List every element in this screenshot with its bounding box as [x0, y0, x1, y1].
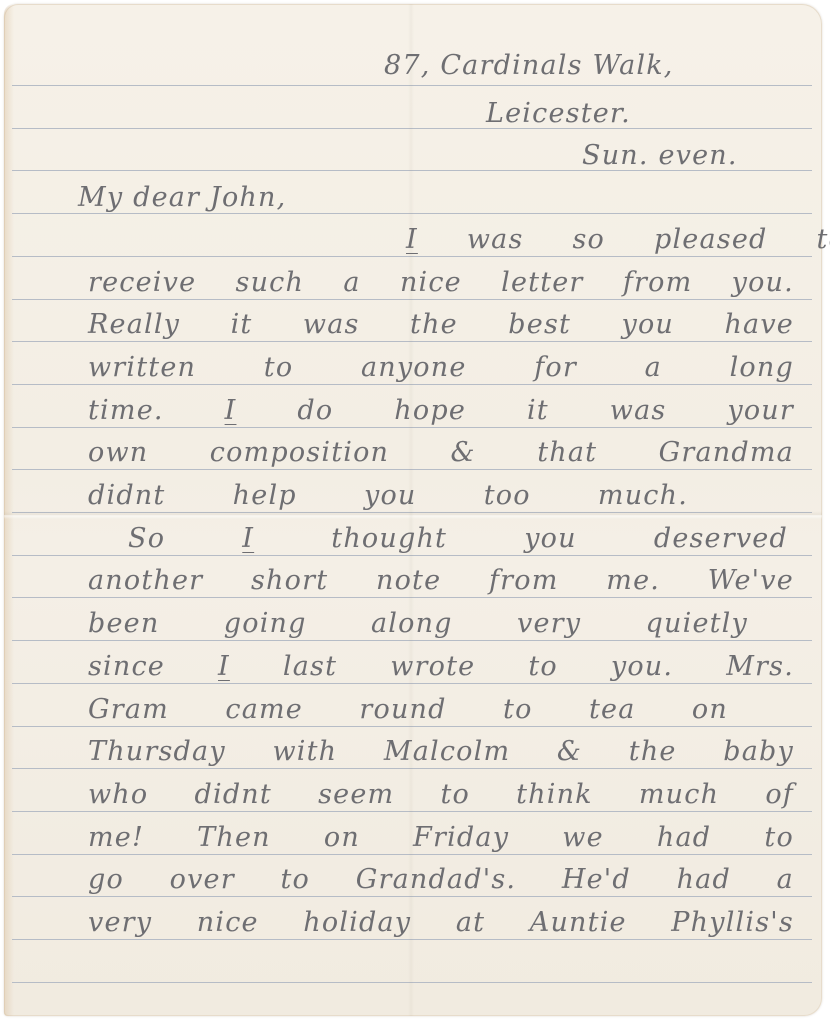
word: He'd [562, 866, 631, 893]
word: along [371, 610, 453, 637]
word: much. [598, 482, 688, 509]
word: to [816, 226, 830, 253]
word: at [456, 909, 485, 936]
word: much [639, 781, 719, 808]
word: was [303, 311, 360, 338]
word: pleased [654, 226, 768, 253]
word: very [517, 610, 581, 637]
word: so [572, 226, 605, 253]
word: to [764, 824, 794, 851]
letter-line: Iwassopleasedto [406, 226, 830, 253]
word: me! [88, 824, 144, 851]
word: came [225, 696, 303, 723]
letter-line: veryniceholidayatAuntiePhyllis's [88, 909, 794, 936]
word: another [88, 567, 203, 594]
letter-line: sinceIlastwrotetoyou.Mrs. [88, 653, 794, 680]
word: you [364, 482, 417, 509]
word: for [534, 354, 577, 381]
word: to [264, 354, 294, 381]
address-street: 87, Cardinals Walk, [384, 52, 674, 79]
letter-line: beengoingalongveryquietly [88, 610, 748, 637]
word: you [524, 525, 577, 552]
word: who [88, 781, 148, 808]
word: it [527, 397, 549, 424]
word: round [359, 696, 446, 723]
letter-line: didnthelpyoutoomuch. [88, 482, 688, 509]
word: nice [197, 909, 259, 936]
word: Grandad's. [356, 866, 517, 893]
letter-line: Reallyitwasthebestyouhave [88, 311, 794, 338]
letter-paper: 87, Cardinals Walk, Leicester. Sun. even… [4, 4, 822, 1016]
word: have [724, 311, 794, 338]
word: from [489, 567, 559, 594]
word: to [528, 653, 558, 680]
word: I [406, 226, 418, 253]
word: I [218, 653, 230, 680]
word: I [225, 397, 237, 424]
salutation: My dear John, [78, 184, 286, 211]
word: a [645, 354, 662, 381]
word: composition [210, 439, 389, 466]
letter-line: writtentoanyoneforalong [88, 354, 794, 381]
word: & [557, 738, 582, 765]
word: didnt [88, 482, 165, 509]
word: going [224, 610, 307, 637]
word: We've [708, 567, 794, 594]
word: with [272, 738, 337, 765]
word: Gram [88, 696, 169, 723]
word: over [170, 866, 235, 893]
letter-line: SoIthoughtyoudeserved [128, 525, 788, 552]
word: Then [197, 824, 271, 851]
word: been [88, 610, 159, 637]
word: Mrs. [726, 653, 794, 680]
word: your [727, 397, 794, 424]
word: on [324, 824, 360, 851]
word: thought [331, 525, 447, 552]
letter-line: Gramcameroundtoteaon [88, 696, 728, 723]
letter-line: anothershortnotefromme.We've [88, 567, 794, 594]
word: Thursday [88, 738, 226, 765]
word: I [242, 525, 254, 552]
letter-line: time.Idohopeitwasyour [88, 397, 794, 424]
letter-line: me!ThenonFridaywehadto [88, 824, 794, 851]
word: do [297, 397, 333, 424]
word: go [88, 866, 124, 893]
word: tea [589, 696, 636, 723]
word: too [484, 482, 531, 509]
word: to [440, 781, 470, 808]
word: hope [394, 397, 466, 424]
word: note [376, 567, 441, 594]
word: receive [88, 269, 196, 296]
letter-line: owncomposition&thatGrandma [88, 439, 794, 466]
word: long [730, 354, 794, 381]
word: letter [501, 269, 583, 296]
word: a [777, 866, 794, 893]
word: written [88, 354, 196, 381]
word: last [283, 653, 337, 680]
word: was [610, 397, 667, 424]
word: baby [723, 738, 794, 765]
letter-line: receivesuchaniceletterfromyou. [88, 269, 794, 296]
word: Friday [413, 824, 509, 851]
word: was [467, 226, 524, 253]
word: you [622, 311, 675, 338]
word: from [623, 269, 693, 296]
word: had [677, 866, 731, 893]
word: seem [318, 781, 394, 808]
word: Auntie [530, 909, 627, 936]
word: quietly [646, 610, 748, 637]
word: the [629, 738, 677, 765]
word: short [251, 567, 328, 594]
word: wrote [390, 653, 475, 680]
word: think [516, 781, 593, 808]
word: to [281, 866, 311, 893]
word: had [657, 824, 711, 851]
word: me. [606, 567, 660, 594]
address-city: Leicester. [486, 100, 631, 127]
letter-line: whodidntseemtothinkmuchof [88, 781, 794, 808]
word: to [503, 696, 533, 723]
word: & [451, 439, 476, 466]
word: it [231, 311, 253, 338]
word: very [88, 909, 152, 936]
word: holiday [303, 909, 411, 936]
word: on [692, 696, 728, 723]
letter-line: ThursdaywithMalcolm&thebaby [88, 738, 794, 765]
letter-date: Sun. even. [582, 142, 738, 169]
word: help [233, 482, 297, 509]
word: that [537, 439, 597, 466]
word: since [88, 653, 165, 680]
word: anyone [361, 354, 467, 381]
word: own [88, 439, 148, 466]
word: a [343, 269, 360, 296]
word: we [562, 824, 604, 851]
word: nice [400, 269, 462, 296]
word: Phyllis's [671, 909, 794, 936]
word: Really [88, 311, 180, 338]
word: the [410, 311, 458, 338]
word: didnt [195, 781, 272, 808]
letter-line: goovertoGrandad's.He'dhada [88, 866, 794, 893]
word: you. [611, 653, 673, 680]
word: So [128, 525, 165, 552]
word: time. [88, 397, 164, 424]
word: of [765, 781, 794, 808]
word: such [236, 269, 305, 296]
paper-edge-stain [4, 4, 14, 1016]
word: deserved [654, 525, 788, 552]
word: Malcolm [384, 738, 510, 765]
word: best [508, 311, 571, 338]
word: Grandma [659, 439, 794, 466]
word: you. [732, 269, 794, 296]
